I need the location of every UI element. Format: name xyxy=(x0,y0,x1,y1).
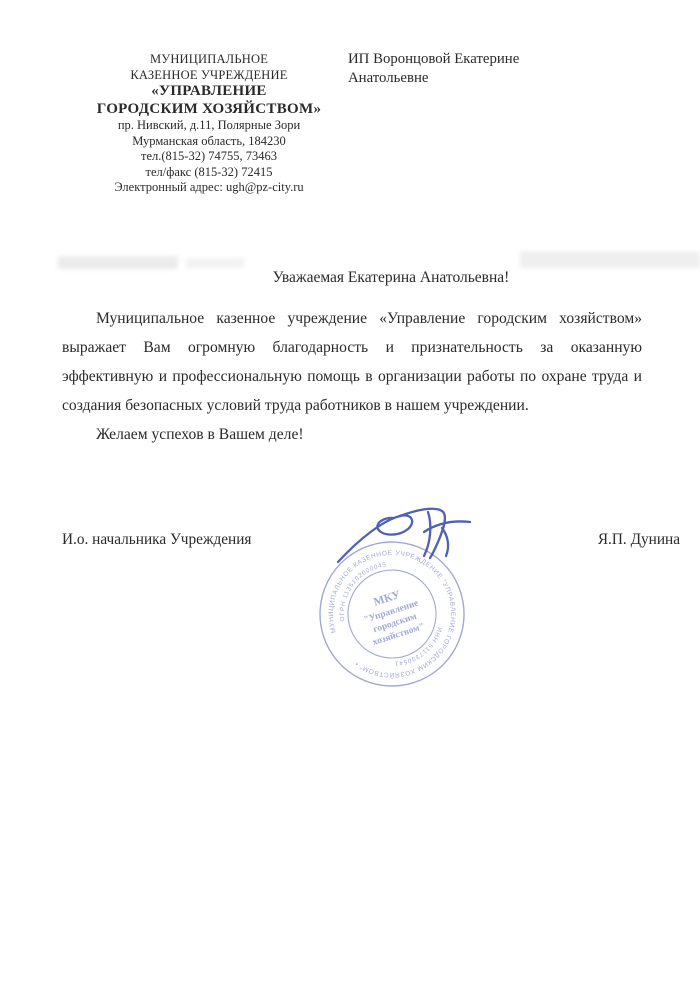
handwritten-signature xyxy=(332,498,492,578)
letterhead-org-name: ГОРОДСКИМ ХОЗЯЙСТВОМ» xyxy=(76,101,342,119)
recipient-line: Анатольевне xyxy=(348,69,628,88)
letter-body: Муниципальное казенное учреждение «Управ… xyxy=(62,304,642,449)
scan-artifact xyxy=(186,258,244,268)
letterhead-email: Электронный адрес: ugh@pz-city.ru xyxy=(76,180,342,196)
signer-name: Я.П. Дунина xyxy=(598,531,680,549)
letterhead-org-line: КАЗЕННОЕ УЧРЕЖДЕНИЕ xyxy=(76,68,342,84)
scan-artifact xyxy=(520,251,700,268)
body-paragraph: Муниципальное казенное учреждение «Управ… xyxy=(62,304,642,420)
signature-ink-strokes xyxy=(332,498,492,578)
letterhead-address: пр. Нивский, д.11, Полярные Зори xyxy=(76,118,342,134)
letterhead-address: Мурманская область, 184230 xyxy=(76,134,342,150)
body-paragraph: Желаем успехов в Вашем деле! xyxy=(62,420,642,449)
letterhead-org-name: «УПРАВЛЕНИЕ xyxy=(76,83,342,101)
recipient-block: ИП Воронцовой Екатерине Анатольевне xyxy=(348,50,628,88)
letterhead-org-line: МУНИЦИПАЛЬНОЕ xyxy=(76,52,342,68)
scanned-letter-page: МУНИЦИПАЛЬНОЕ КАЗЕННОЕ УЧРЕЖДЕНИЕ «УПРАВ… xyxy=(0,0,700,1000)
letterhead-fax: тел/факс (815-32) 72415 xyxy=(76,165,342,181)
signer-position-title: И.о. начальника Учреждения xyxy=(62,531,251,549)
recipient-line: ИП Воронцовой Екатерине xyxy=(348,50,628,69)
scan-artifact xyxy=(58,256,178,269)
letterhead-phone: тел.(815-32) 74755, 73463 xyxy=(76,149,342,165)
letterhead: МУНИЦИПАЛЬНОЕ КАЗЕННОЕ УЧРЕЖДЕНИЕ «УПРАВ… xyxy=(76,52,342,196)
salutation: Уважаемая Екатерина Анатольевна! xyxy=(85,269,697,287)
